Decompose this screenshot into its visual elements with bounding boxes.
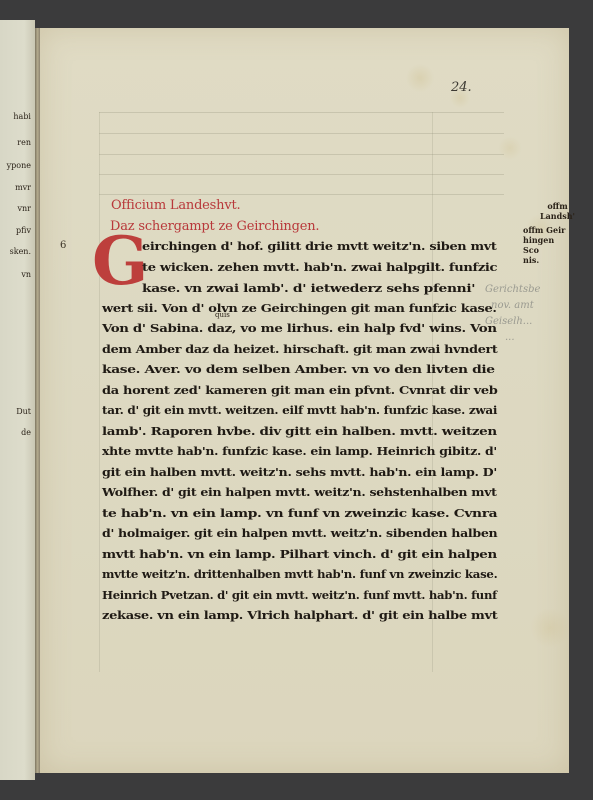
text-line: git ein halben mvtt. weitz'n. sehs mvtt.… (102, 465, 497, 479)
text-line: eirchingen d' hof. gilitt drie mvtt weit… (142, 239, 497, 253)
left-margin-text: mvr (15, 183, 31, 192)
text-line: te wicken. zehen mvtt. hab'n. zwai halpg… (142, 260, 497, 274)
text-line: dem Amber daz da heizet. hirschaft. git … (102, 342, 497, 356)
text-line: Heinrich Pvetzan. d' git ein mvtt. weitz… (102, 588, 497, 602)
left-margin-text: Dut (16, 407, 31, 416)
ruling-margin (99, 112, 100, 672)
text-line: Wolfher. d' git ein halpen mvtt. weitz'n… (102, 485, 497, 499)
left-margin-text: sken. (10, 247, 31, 256)
ruling-line (99, 174, 504, 175)
pencil-line: nov. amt (485, 298, 540, 314)
folio-number: 24. (451, 80, 472, 95)
text-line: da horent zed' kameren git man ein pfvnt… (102, 383, 498, 397)
facing-left-page: habi ren ypone mvr vnr pfiv sken. vn Dut… (0, 20, 35, 780)
text-line: tar. d' git ein mvtt. weitzen. eilf mvtt… (102, 403, 497, 417)
left-margin-text: pfiv (16, 226, 31, 235)
text-line: zekase. vn ein lamp. Vlrich halphart. d'… (102, 608, 497, 622)
ruling-line (99, 194, 504, 195)
decorated-initial: G (92, 229, 132, 293)
rubric-heading: Officium Landeshvt. (111, 198, 240, 213)
text-line: kase. Aver. vo dem selben Amber. vn vo d… (102, 362, 495, 376)
text-line: mvtt hab'n. vn ein lamp. Pilhart vinch. … (102, 547, 497, 561)
left-margin-text: ren (17, 138, 31, 147)
ruling-line (99, 112, 504, 113)
pencil-line: Gerichtsbe (485, 282, 540, 298)
text-line: d' holmaiger. git ein halpen mvtt. weitz… (102, 526, 497, 540)
text-line: Von d' Sabina. daz, vo me lirhus. ein ha… (102, 321, 497, 335)
ruling-line (99, 133, 504, 134)
text-line: mvtte weitz'n. drittenhalben mvtt hab'n.… (102, 567, 497, 581)
margin-note-line: nis. (523, 255, 569, 265)
pencil-line: Geiselh... (485, 314, 540, 330)
pencil-line: ... (485, 330, 540, 346)
left-margin-text: vn (21, 270, 31, 279)
pencil-annotation: Gerichtsbe nov. amt Geiselh... ... (485, 282, 540, 346)
text-line: kase. vn zwai lamb'. d' ietwederz sehs p… (142, 281, 475, 295)
left-margin-text: de (21, 428, 31, 437)
margin-note-line: offm (540, 201, 575, 211)
text-line: te hab'n. vn ein lamp. vn funf vn zweinz… (102, 506, 497, 520)
left-margin-text: ypone (7, 161, 31, 170)
margin-note-second: offm Geir hingen Sco nis. (523, 225, 569, 265)
ruling-line (99, 154, 504, 155)
text-line: lamb'. Raporen hvbe. div gitt ein halben… (102, 424, 497, 438)
text-line: wert sii. Von d' olvn ze Geirchingen git… (102, 301, 497, 315)
left-margin-text: vnr (18, 204, 32, 213)
margin-note-line: hingen Sco (523, 235, 569, 255)
manuscript-page: 24. Officium Landeshvt. Daz schergampt z… (40, 28, 569, 773)
margin-note-line: Landsh' (540, 211, 575, 221)
text-line: xhte mvtte hab'n. funfzic kase. ein lamp… (102, 444, 497, 458)
section-number: 6 (60, 240, 66, 251)
left-margin-text: habi (13, 112, 31, 121)
margin-note-top: offm Landsh' (540, 201, 575, 221)
margin-note-line: offm Geir (523, 225, 569, 235)
